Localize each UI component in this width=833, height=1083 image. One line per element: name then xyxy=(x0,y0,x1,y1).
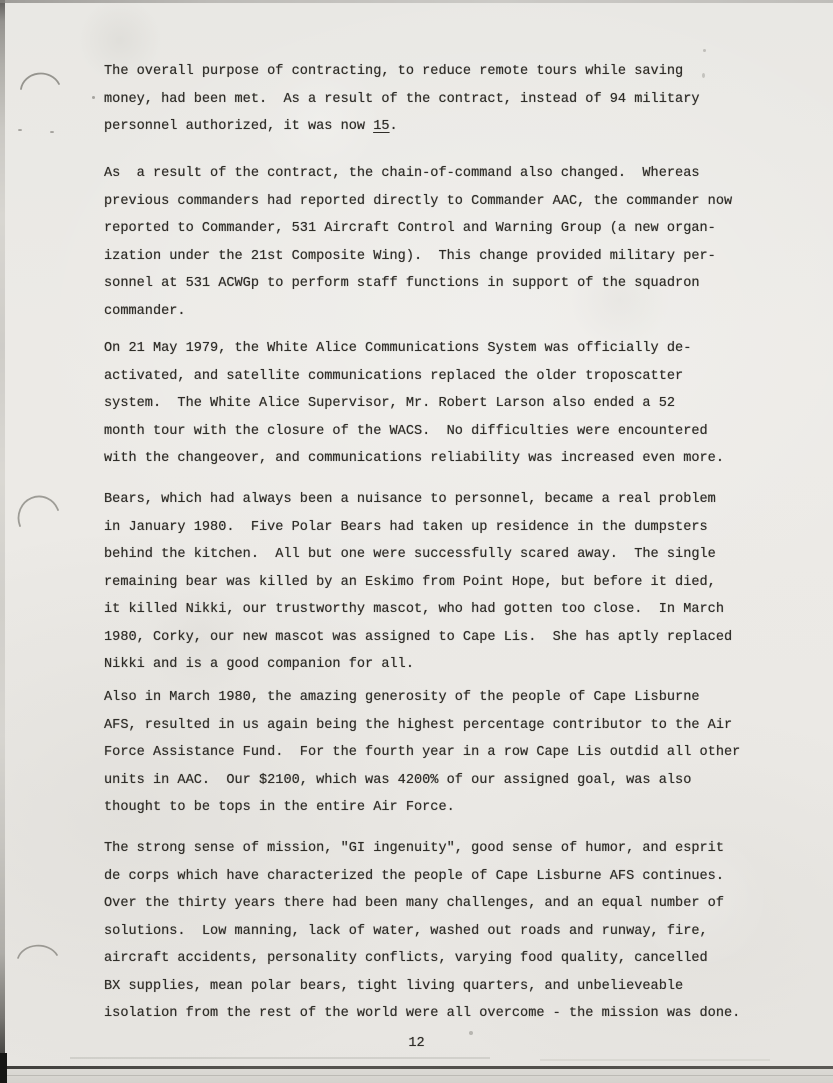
text-line: system. The White Alice Supervisor, Mr. … xyxy=(104,390,724,418)
paragraph-contracting-purpose: The overall purpose of contracting, to r… xyxy=(104,58,700,141)
text-line: sonnel at 531 ACWGp to perform staff fun… xyxy=(104,270,732,298)
scanned-document-page: The overall purpose of contracting, to r… xyxy=(0,0,833,1083)
paragraph-assistance-fund: Also in March 1980, the amazing generosi… xyxy=(104,684,740,822)
text-line: de corps which have characterized the pe… xyxy=(104,863,740,891)
document-body: The overall purpose of contracting, to r… xyxy=(0,0,833,1083)
text-segment: . xyxy=(390,119,398,134)
text-line: previous commanders had reported directl… xyxy=(104,188,732,216)
scan-bottom-line xyxy=(0,1066,833,1069)
text-line: 1980, Corky, our new mascot was assigned… xyxy=(104,624,732,652)
text-line: As a result of the contract, the chain-o… xyxy=(104,160,732,188)
text-line: it killed Nikki, our trustworthy mascot,… xyxy=(104,596,732,624)
paragraph-sense-of-mission: The strong sense of mission, "GI ingenui… xyxy=(104,835,740,1028)
paragraph-polar-bears: Bears, which had always been a nuisance … xyxy=(104,486,732,679)
text-line: Nikki and is a good companion for all. xyxy=(104,651,732,679)
text-line: On 21 May 1979, the White Alice Communic… xyxy=(104,335,724,363)
text-line: month tour with the closure of the WACS.… xyxy=(104,418,724,446)
paragraph-chain-of-command: As a result of the contract, the chain-o… xyxy=(104,160,732,325)
text-line: The strong sense of mission, "GI ingenui… xyxy=(104,835,740,863)
text-line: commander. xyxy=(104,298,732,326)
text-line: thought to be tops in the entire Air For… xyxy=(104,794,740,822)
paragraph-white-alice-deactivation: On 21 May 1979, the White Alice Communic… xyxy=(104,335,724,473)
page-number: 12 xyxy=(0,1036,833,1051)
text-line: ization under the 21st Composite Wing). … xyxy=(104,243,732,271)
text-line: isolation from the rest of the world wer… xyxy=(104,1000,740,1028)
text-line: remaining bear was killed by an Eskimo f… xyxy=(104,569,732,597)
text-line: with the changeover, and communications … xyxy=(104,445,724,473)
scan-bottom-faint-line xyxy=(0,1075,833,1076)
text-line: units in AAC. Our $2100, which was 4200%… xyxy=(104,767,740,795)
underlined-text: 15 xyxy=(373,119,389,134)
text-line: activated, and satellite communications … xyxy=(104,363,724,391)
text-line: Over the thirty years there had been man… xyxy=(104,890,740,918)
text-line: solutions. Low manning, lack of water, w… xyxy=(104,918,740,946)
scan-edge-left xyxy=(0,0,5,1083)
text-line: reported to Commander, 531 Aircraft Cont… xyxy=(104,215,732,243)
text-line: personnel authorized, it was now 15. xyxy=(104,113,700,141)
text-line: Bears, which had always been a nuisance … xyxy=(104,486,732,514)
text-line: in January 1980. Five Polar Bears had ta… xyxy=(104,514,732,542)
text-line: aircraft accidents, personality conflict… xyxy=(104,945,740,973)
scan-edge-top xyxy=(0,0,833,3)
text-line: behind the kitchen. All but one were suc… xyxy=(104,541,732,569)
text-line: The overall purpose of contracting, to r… xyxy=(104,58,700,86)
text-line: Also in March 1980, the amazing generosi… xyxy=(104,684,740,712)
text-line: Force Assistance Fund. For the fourth ye… xyxy=(104,739,740,767)
text-line: AFS, resulted in us again being the high… xyxy=(104,712,740,740)
text-line: money, had been met. As a result of the … xyxy=(104,86,700,114)
text-segment: personnel authorized, it was now xyxy=(104,119,373,134)
text-line: BX supplies, mean polar bears, tight liv… xyxy=(104,973,740,1001)
scan-corner-black-block xyxy=(0,1053,7,1083)
